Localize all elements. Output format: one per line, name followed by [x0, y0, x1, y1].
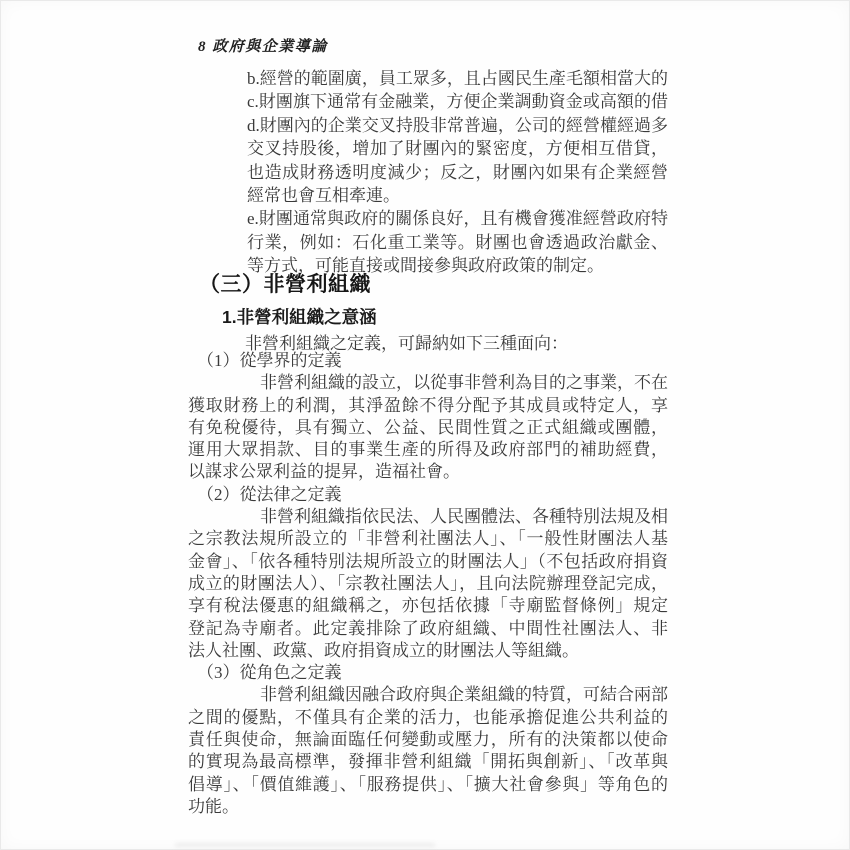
definition-line: 以謀求公眾利益的提昇，造福社會。 — [188, 461, 668, 483]
definition-line: 成立的財團法人）、「宗教社團法人」，且向法院辦理登記完成， — [188, 573, 668, 595]
list-item-line: 也造成財務透明度減少；反之，財團內如果有企業經營不善， — [247, 161, 668, 184]
definition-line: 功能。 — [188, 796, 668, 818]
definition-line: 登記為寺廟者。此定義排除了政府組織、中間性社團法人、非 — [188, 618, 668, 640]
definition-head: （1）從學界的定義 — [188, 350, 668, 372]
list-item-line: e.財團通常與政府的關係良好，且有機會獲准經營政府特許的 — [247, 207, 668, 230]
scan-artifact-smudge — [175, 843, 435, 847]
definition-line: 非營利組織指依民法、人民團體法、各種特別法規及相關 — [188, 506, 668, 528]
definition-line: 有免稅優待，具有獨立、公益、民間性質之正式組織或團體， — [188, 417, 668, 439]
definition-line: 的實現為最高標準，發揮非營利組織「開拓與創新」、「改革與 — [188, 751, 668, 773]
definitions-block: （1）從學界的定義非營利組織的設立，以從事非營利為目的之事業，不在於獲取財務上的… — [188, 350, 668, 818]
definition-line: 運用大眾捐款、目的事業生產的所得及政府部門的補助經費， — [188, 439, 668, 461]
list-item-line: d.財團內的企業交叉持股非常普遍，公司的經營權經過多次 — [247, 114, 668, 137]
list-item-line: 經常也會互相牽連。 — [247, 184, 668, 207]
definition-line: 責任與使命，無論面臨任何變動或壓力，所有的決策都以使命 — [188, 729, 668, 751]
subsection-heading: 1.非營利組織之意涵 — [222, 304, 377, 329]
list-item-line: 交叉持股後，增加了財團內的緊密度，方便相互借貸，同時 — [247, 137, 668, 160]
definition-line: 非營利組織的設立，以從事非營利為目的之事業，不在於 — [188, 372, 668, 394]
definition-line: 非營利組織因融合政府與企業組織的特質，可結合兩部門 — [188, 684, 668, 706]
running-header: 8 政府與企業導論 — [198, 35, 328, 56]
lettered-list-block: b.經營的範圍廣，員工眾多，且占國民生產毛額相當大的比重。c.財團旗下通常有金融… — [247, 67, 668, 278]
definition-line: 之間的優點，不僅具有企業的活力，也能承擔促進公共利益的 — [188, 707, 668, 729]
list-item-line: 行業，例如：石化重工業等。財團也會透過政治獻金、參選 — [247, 231, 668, 254]
definition-head: （3）從角色之定義 — [188, 662, 668, 684]
definition-line: 法人社團、政黨、政府捐資成立的財團法人等組織。 — [188, 640, 668, 662]
definition-line: 倡導」、「價值維護」、「服務提供」、「擴大社會參與」等角色的 — [188, 774, 668, 796]
definition-line: 金會」、「依各種特別法規所設立的財團法人」（不包括政府捐資 — [188, 551, 668, 573]
definition-head: （2）從法律之定義 — [188, 484, 668, 506]
list-item-line: b.經營的範圍廣，員工眾多，且占國民生產毛額相當大的比重。 — [247, 67, 668, 90]
definition-line: 享有稅法優惠的組織稱之，亦包括依據「寺廟監督條例」規定 — [188, 595, 668, 617]
list-item-line: c.財團旗下通常有金融業，方便企業調動資金或高額的借貸。 — [247, 90, 668, 113]
definition-line: 之宗教法規所設立的「非營利社團法人」、「一般性財團法人基 — [188, 528, 668, 550]
section-heading: （三）非營利組織 — [199, 268, 371, 298]
scanned-book-page: 8 政府與企業導論 b.經營的範圍廣，員工眾多，且占國民生產毛額相當大的比重。c… — [0, 0, 850, 850]
definition-line: 獲取財務上的利潤，其淨盈餘不得分配予其成員或特定人，享 — [188, 395, 668, 417]
